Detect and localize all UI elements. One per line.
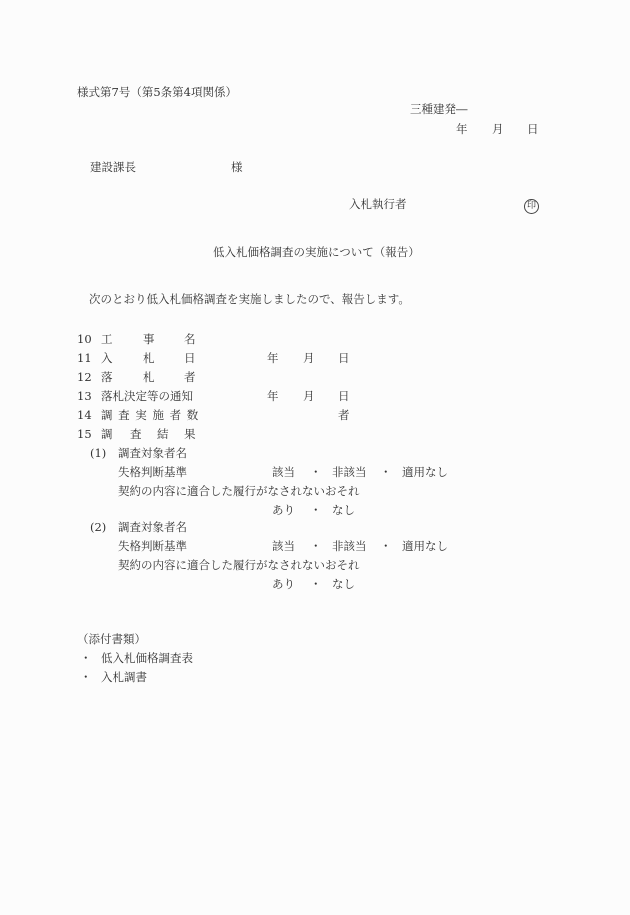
criteria-option-none: 適用なし	[402, 539, 448, 553]
bullet-icon: ・	[80, 670, 92, 684]
attachment-item: 低入札価格調査表	[101, 651, 193, 665]
risk-label: 契約の内容に適合した履行がなされないおそれ	[118, 558, 360, 572]
item-label: 落札決定等の通知	[101, 389, 193, 403]
criteria-label: 失格判断基準	[118, 465, 187, 479]
item-label-char: 工	[101, 332, 113, 346]
item-number: 15	[77, 427, 92, 441]
separator: ・	[310, 539, 322, 553]
criteria-option-none: 適用なし	[402, 465, 448, 479]
item-number: 10	[77, 332, 92, 346]
item-label-char: 札	[143, 370, 155, 384]
item-label-char: 事	[143, 332, 155, 346]
addressee-honorific: 様	[231, 160, 243, 174]
item-number: 13	[77, 389, 92, 403]
separator: ・	[310, 503, 322, 517]
item-value-day: 日	[338, 389, 350, 403]
separator: ・	[310, 465, 322, 479]
intro-text: 次のとおり低入札価格調査を実施しましたので、報告します。	[89, 292, 410, 306]
criteria-option-not-applicable: 非該当	[332, 539, 367, 553]
item-label-char: 結	[157, 427, 169, 441]
form-number: 様式第7号（第5条第4項関係）	[77, 85, 237, 99]
date-day: 日	[527, 122, 539, 136]
item-value-suffix: 者	[338, 408, 350, 422]
item-label-char: 入	[101, 351, 113, 365]
item-value-month: 月	[303, 351, 315, 365]
doc-number: 三種建発―	[410, 102, 468, 116]
criteria-option-applicable: 該当	[272, 539, 295, 553]
item-label-char: 日	[184, 351, 196, 365]
seal-icon: 印	[524, 197, 539, 214]
risk-label: 契約の内容に適合した履行がなされないおそれ	[118, 484, 360, 498]
result-index: (1)	[90, 446, 106, 460]
item-label-char: 果	[184, 427, 196, 441]
item-label-char: 査	[130, 427, 142, 441]
bullet-icon: ・	[80, 651, 92, 665]
item-label-char: 名	[184, 332, 196, 346]
date-month: 月	[492, 122, 504, 136]
item-value-day: 日	[338, 351, 350, 365]
item-label-char: 者	[184, 370, 196, 384]
criteria-option-not-applicable: 非該当	[332, 465, 367, 479]
item-number: 11	[77, 351, 92, 365]
criteria-label: 失格判断基準	[118, 539, 187, 553]
item-value-year: 年	[267, 389, 279, 403]
seal-mark: 印	[524, 199, 539, 214]
risk-option-no: なし	[332, 503, 355, 517]
date-year: 年	[456, 122, 468, 136]
result-index: (2)	[90, 520, 106, 534]
target-label: 調査対象者名	[118, 446, 187, 460]
item-number: 14	[77, 408, 92, 422]
item-label-char: 落	[101, 370, 113, 384]
risk-option-yes: あり	[272, 577, 295, 591]
risk-option-yes: あり	[272, 503, 295, 517]
risk-option-no: なし	[332, 577, 355, 591]
addressee-title: 建設課長	[90, 160, 136, 174]
separator: ・	[310, 577, 322, 591]
sender-label: 入札執行者	[349, 197, 407, 211]
separator: ・	[380, 465, 392, 479]
separator: ・	[380, 539, 392, 553]
criteria-option-applicable: 該当	[272, 465, 295, 479]
item-value-month: 月	[303, 389, 315, 403]
item-label-char: 調	[101, 427, 113, 441]
item-number: 12	[77, 370, 92, 384]
item-label-char: 札	[143, 351, 155, 365]
item-label: 調 査 実 施 者 数	[101, 408, 199, 422]
attachments-heading: （添付書類）	[77, 632, 146, 646]
attachment-item: 入札調書	[101, 670, 147, 684]
document-title: 低入札価格調査の実施について（報告）	[213, 245, 420, 259]
item-value-year: 年	[267, 351, 279, 365]
target-label: 調査対象者名	[118, 520, 187, 534]
